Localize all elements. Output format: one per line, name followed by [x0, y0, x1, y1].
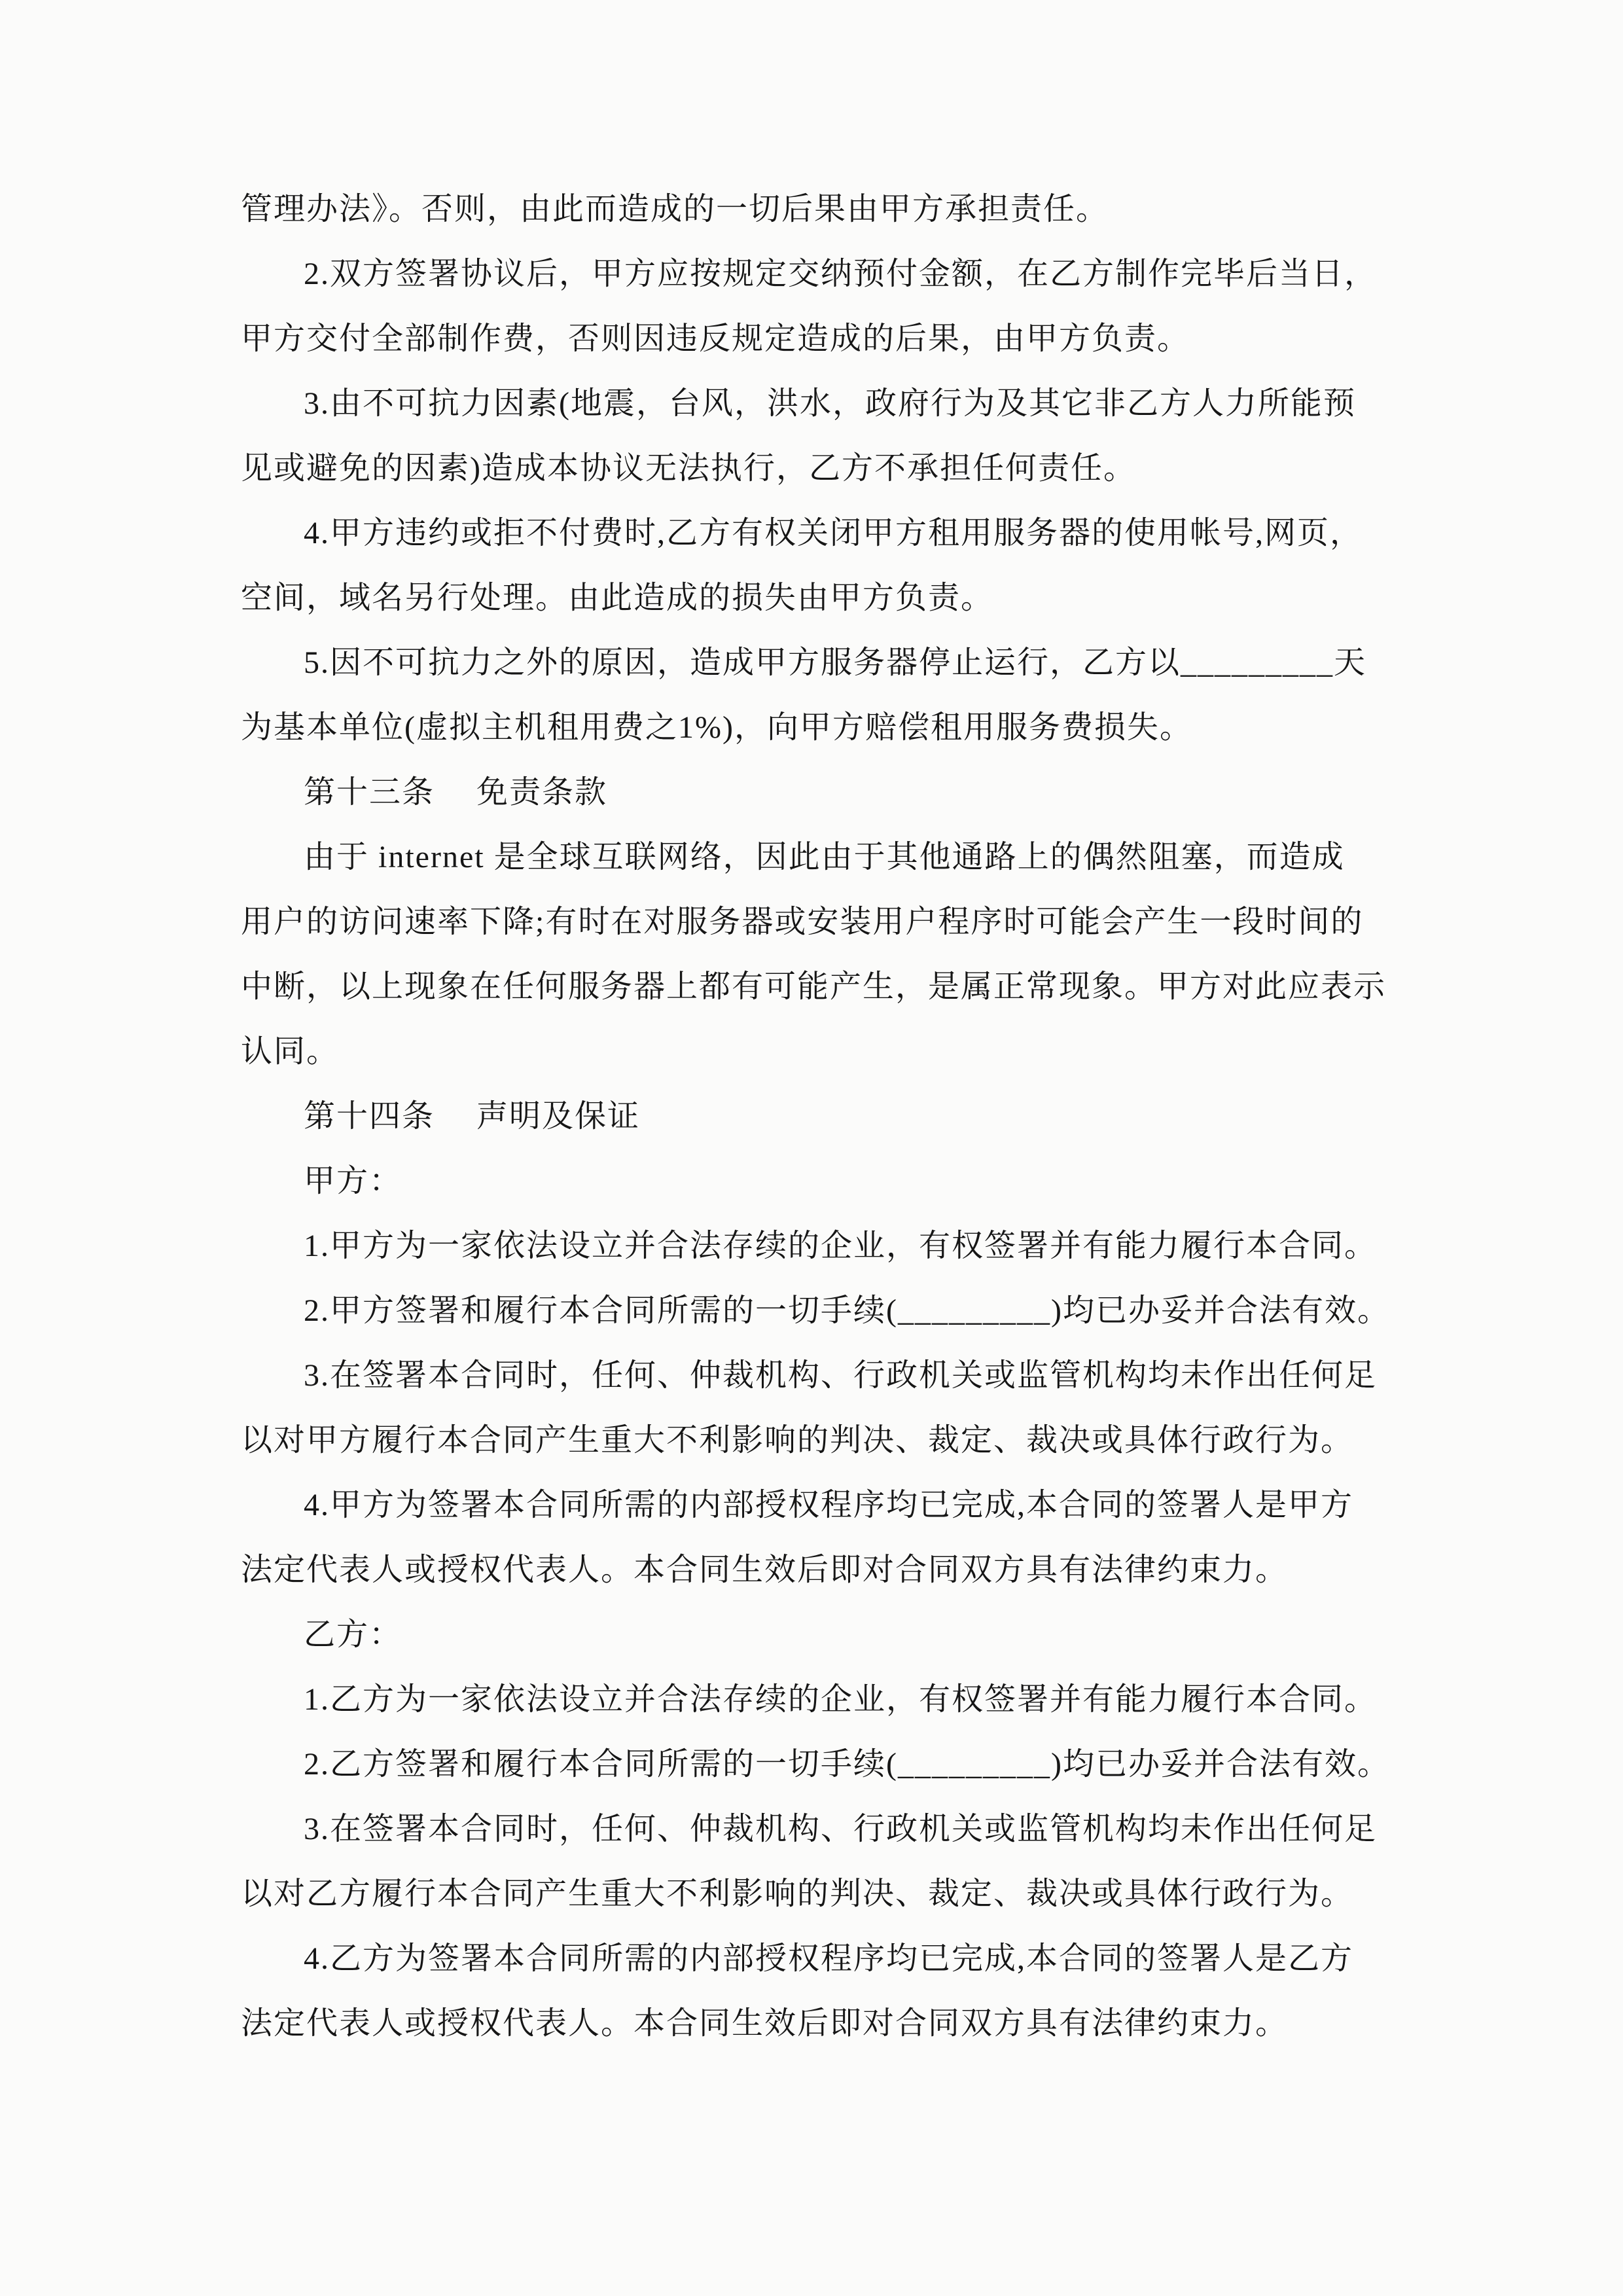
text-line: 4.甲方违约或拒不付费时,乙方有权关闭甲方租用服务器的使用帐号,网页，: [241, 501, 1412, 565]
text-line: 见或避免的因素)造成本协议无法执行，乙方不承担任何责任。: [241, 436, 1412, 501]
text-line: 2.甲方签署和履行本合同所需的一切手续(_________)均已办妥并合法有效。: [241, 1278, 1412, 1343]
text-line: 以对甲方履行本合同产生重大不利影响的判决、裁定、裁决或具体行政行为。: [241, 1408, 1412, 1473]
text-line: 法定代表人或授权代表人。本合同生效后即对合同双方具有法律约束力。: [241, 1991, 1412, 2056]
text-line: 4.甲方为签署本合同所需的内部授权程序均已完成,本合同的签署人是甲方: [241, 1473, 1412, 1537]
text-line: 由于 internet 是全球互联网络，因此由于其他通路上的偶然阻塞，而造成: [241, 825, 1412, 889]
text-line: 乙方：: [241, 1602, 1412, 1667]
text-line: 以对乙方履行本合同产生重大不利影响的判决、裁定、裁决或具体行政行为。: [241, 1861, 1412, 1926]
text-line: 4.乙方为签署本合同所需的内部授权程序均已完成,本合同的签署人是乙方: [241, 1926, 1412, 1991]
text-line: 5.因不可抗力之外的原因，造成甲方服务器停止运行，乙方以_________天: [241, 630, 1412, 695]
text-line: 第十三条 免责条款: [241, 760, 1412, 825]
text-line: 3.由不可抗力因素(地震，台风，洪水，政府行为及其它非乙方人力所能预: [241, 371, 1412, 436]
text-line: 2.双方签署协议后，甲方应按规定交纳预付金额，在乙方制作完毕后当日，: [241, 242, 1412, 306]
text-line: 法定代表人或授权代表人。本合同生效后即对合同双方具有法律约束力。: [241, 1537, 1412, 1602]
text-line: 空间，域名另行处理。由此造成的损失由甲方负责。: [241, 565, 1412, 630]
text-line: 3.在签署本合同时，任何、仲裁机构、行政机关或监管机构均未作出任何足: [241, 1797, 1412, 1861]
text-line: 甲方：: [241, 1149, 1412, 1213]
text-line: 1.乙方为一家依法设立并合法存续的企业，有权签署并有能力履行本合同。: [241, 1667, 1412, 1732]
text-line: 为基本单位(虚拟主机租用费之1%)，向甲方赔偿租用服务费损失。: [241, 695, 1412, 760]
contract-text-block: 管理办法》。否则，由此而造成的一切后果由甲方承担责任。2.双方签署协议后，甲方应…: [241, 177, 1412, 2056]
text-line: 甲方交付全部制作费，否则因违反规定造成的后果，由甲方负责。: [241, 306, 1412, 371]
text-line: 中断，以上现象在任何服务器上都有可能产生，是属正常现象。甲方对此应表示: [241, 954, 1412, 1019]
text-line: 认同。: [241, 1019, 1412, 1084]
text-line: 2.乙方签署和履行本合同所需的一切手续(_________)均已办妥并合法有效。: [241, 1732, 1412, 1797]
text-line: 第十四条 声明及保证: [241, 1084, 1412, 1149]
text-line: 用户的访问速率下降;有时在对服务器或安装用户程序时可能会产生一段时间的: [241, 889, 1412, 954]
text-line: 3.在签署本合同时，任何、仲裁机构、行政机关或监管机构均未作出任何足: [241, 1343, 1412, 1408]
text-line: 1.甲方为一家依法设立并合法存续的企业，有权签署并有能力履行本合同。: [241, 1213, 1412, 1278]
text-line: 管理办法》。否则，由此而造成的一切后果由甲方承担责任。: [241, 177, 1412, 242]
document-page: 管理办法》。否则，由此而造成的一切后果由甲方承担责任。2.双方签署协议后，甲方应…: [0, 0, 1623, 2296]
